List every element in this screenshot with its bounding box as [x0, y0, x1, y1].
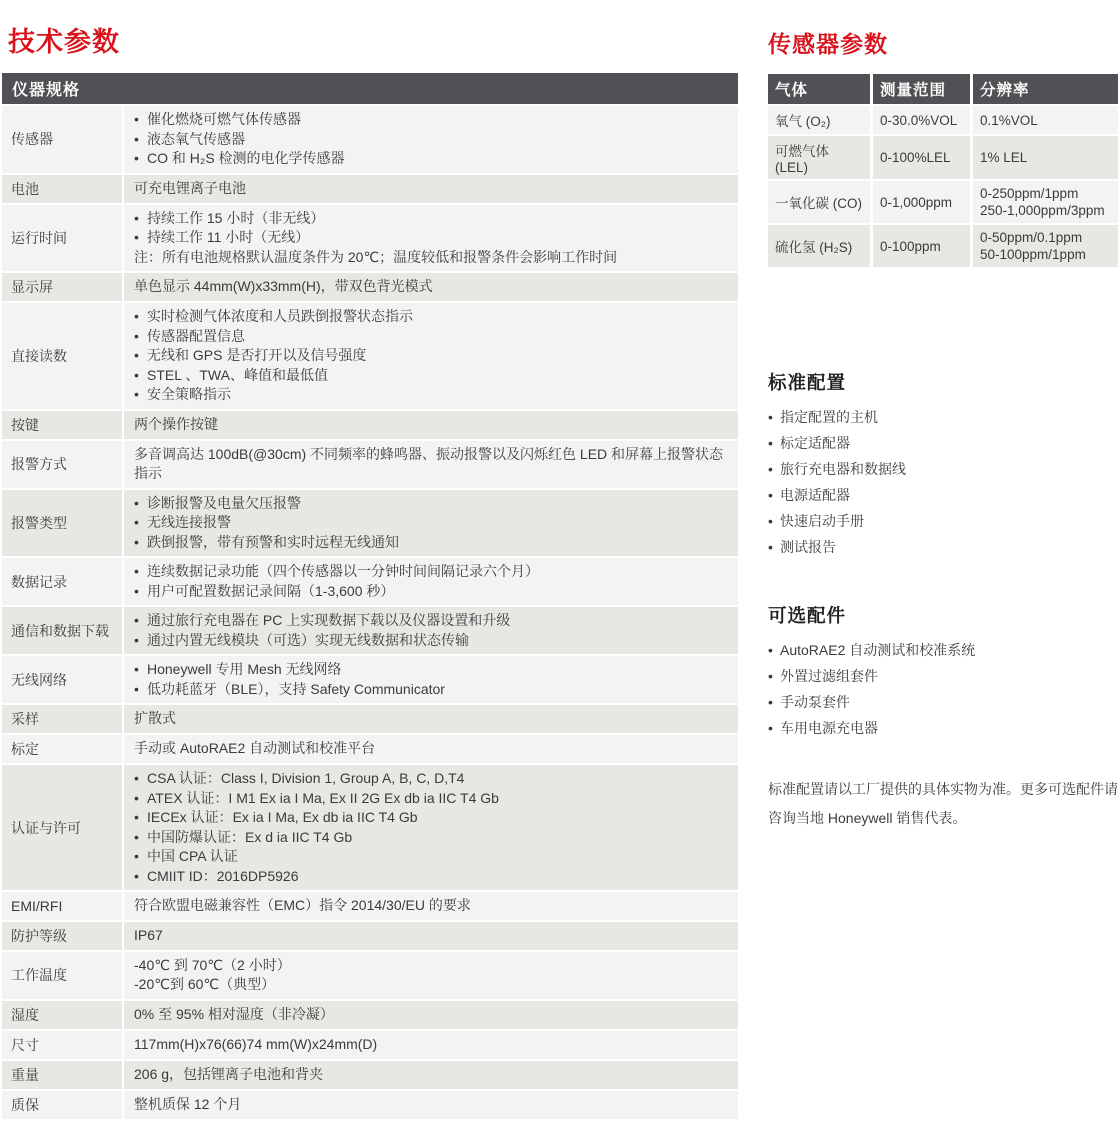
spec-row-label: 通信和数据下载	[2, 607, 122, 654]
spec-line-text: 0% 至 95% 相对湿度（非冷凝）	[134, 1005, 728, 1025]
spec-row-label: 质保	[2, 1091, 122, 1119]
spec-row-label: 湿度	[2, 1001, 122, 1029]
spec-line: 206 g，包括锂离子电池和背夹	[134, 1065, 728, 1085]
sensor-spec-table-grid: 气体测量范围分辨率氧气 (O₂)0-30.0%VOL0.1%VOL可燃气体 (L…	[768, 74, 1120, 267]
bullet-icon: •	[134, 228, 147, 248]
gas-resolution-line: 1% LEL	[980, 149, 1027, 166]
bullet-icon: •	[134, 307, 147, 327]
gas-column-header: 分辨率	[973, 74, 1118, 104]
spec-row-value: -40℃ 到 70℃（2 小时）-20℃到 60℃（典型）	[122, 952, 738, 999]
spec-line: •持续工作 11 小时（无线）	[134, 228, 728, 248]
spec-line: •液态氧气传感器	[134, 130, 728, 150]
spec-row-label: 电池	[2, 175, 122, 203]
list-item-text: 快速启动手册	[780, 508, 864, 534]
spec-line-text: IP67	[134, 926, 728, 946]
spec-row: EMI/RFI符合欧盟电磁兼容性（EMC）指令 2014/30/EU 的要求	[2, 892, 738, 920]
instrument-spec-table-header: 仪器规格	[2, 73, 738, 104]
spec-line: •实时检测气体浓度和人员跌倒报警状态指示	[134, 307, 728, 327]
optional-accessories-list: •AutoRAE2 自动测试和校准系统•外置过滤组套件•手动泵套件•车用电源充电…	[768, 637, 1120, 741]
spec-row-label: 标定	[2, 735, 122, 763]
bullet-icon: •	[768, 715, 780, 741]
spec-row-value: 多音调高达 100dB(@30cm) 不同频率的蜂鸣器、振动报警以及闪烁红色 L…	[122, 441, 738, 488]
spec-row-label: EMI/RFI	[2, 892, 122, 920]
spec-row-label: 报警方式	[2, 441, 122, 488]
bullet-icon: •	[134, 847, 147, 867]
spec-line-text: 无线和 GPS 是否打开以及信号强度	[147, 346, 728, 366]
spec-row: 传感器•催化燃烧可燃气体传感器•液态氧气传感器•CO 和 H₂S 检测的电化学传…	[2, 106, 738, 173]
gas-resolution-line: 0.1%VOL	[980, 112, 1038, 129]
spec-line-text: 实时检测气体浓度和人员跌倒报警状态指示	[147, 307, 728, 327]
spec-line: 手动或 AutoRAE2 自动测试和校准平台	[134, 739, 728, 759]
gas-resolution-line: 50-100ppm/1ppm	[980, 246, 1086, 263]
spec-row: 采样扩散式	[2, 705, 738, 733]
standard-config-title: 标准配置	[768, 369, 1120, 395]
spec-row-value: •持续工作 15 小时（非无线）•持续工作 11 小时（无线）注：所有电池规格默…	[122, 205, 738, 272]
gas-range-cell: 0-100%LEL	[873, 136, 970, 179]
spec-row: 标定手动或 AutoRAE2 自动测试和校准平台	[2, 735, 738, 763]
list-item-text: 手动泵套件	[780, 689, 850, 715]
gas-resolution-line: 0-250ppm/1ppm	[980, 185, 1078, 202]
spec-row-value: •通过旅行充电器在 PC 上实现数据下载以及仪器设置和升级•通过内置无线模块（可…	[122, 607, 738, 654]
bullet-icon: •	[768, 689, 780, 715]
gas-range-cell: 0-30.0%VOL	[873, 106, 970, 134]
list-item-text: 测试报告	[780, 534, 836, 560]
bullet-icon: •	[134, 366, 147, 386]
spec-row-label: 按键	[2, 411, 122, 439]
bullet-icon: •	[134, 533, 147, 553]
spec-row-label: 工作温度	[2, 952, 122, 999]
spec-line-text: 单色显示 44mm(W)x33mm(H)，带双色背光模式	[134, 277, 728, 297]
spec-line-text: CSA 认证：Class I, Division 1, Group A, B, …	[147, 769, 728, 789]
spec-line-text: 催化燃烧可燃气体传感器	[147, 110, 728, 130]
spec-line: IP67	[134, 926, 728, 946]
spec-row: 运行时间•持续工作 15 小时（非无线）•持续工作 11 小时（无线）注：所有电…	[2, 205, 738, 272]
bullet-icon: •	[134, 385, 147, 405]
spec-line-text: 传感器配置信息	[147, 327, 728, 347]
spec-line: 117mm(H)x76(66)74 mm(W)x24mm(D)	[134, 1035, 728, 1055]
spec-line: •通过内置无线模块（可选）实现无线数据和状态传输	[134, 631, 728, 651]
spec-row-value: 可充电锂离子电池	[122, 175, 738, 203]
instrument-spec-table: 仪器规格 传感器•催化燃烧可燃气体传感器•液态氧气传感器•CO 和 H₂S 检测…	[2, 73, 738, 1119]
spec-line: •Honeywell 专用 Mesh 无线网络	[134, 660, 728, 680]
spec-row-label: 数据记录	[2, 558, 122, 605]
spec-line-text: 连续数据记录功能（四个传感器以一分钟时间间隔记录六个月）	[147, 562, 728, 582]
spec-line-text: IECEx 认证：Ex ia I Ma, Ex db ia IIC T4 Gb	[147, 808, 728, 828]
spec-row: 防护等级IP67	[2, 922, 738, 950]
spec-row: 尺寸117mm(H)x76(66)74 mm(W)x24mm(D)	[2, 1031, 738, 1059]
standard-config-item: •旅行充电器和数据线	[768, 456, 1120, 482]
spec-row: 显示屏单色显示 44mm(W)x33mm(H)，带双色背光模式	[2, 273, 738, 301]
spec-row-value: 符合欧盟电磁兼容性（EMC）指令 2014/30/EU 的要求	[122, 892, 738, 920]
spec-line: 可充电锂离子电池	[134, 179, 728, 199]
spec-line: •STEL 、TWA、峰值和最低值	[134, 366, 728, 386]
optional-accessory-item: •手动泵套件	[768, 689, 1120, 715]
bullet-icon: •	[768, 404, 780, 430]
bullet-icon: •	[134, 582, 147, 602]
standard-config-item: •测试报告	[768, 534, 1120, 560]
list-item-text: 外置过滤组套件	[780, 663, 878, 689]
spec-line: •跌倒报警，带有预警和实时远程无线通知	[134, 533, 728, 553]
spec-line: -40℃ 到 70℃（2 小时）	[134, 956, 728, 976]
spec-line-text: 通过内置无线模块（可选）实现无线数据和状态传输	[147, 631, 728, 651]
gas-resolution-line: 0-50ppm/0.1ppm	[980, 229, 1082, 246]
spec-line-text: 无线连接报警	[147, 513, 728, 533]
standard-config-item: •快速启动手册	[768, 508, 1120, 534]
spec-row: 通信和数据下载•通过旅行充电器在 PC 上实现数据下载以及仪器设置和升级•通过内…	[2, 607, 738, 654]
spec-line-text: 117mm(H)x76(66)74 mm(W)x24mm(D)	[134, 1035, 728, 1055]
list-item-text: 旅行充电器和数据线	[780, 456, 906, 482]
spec-line: 两个操作按键	[134, 415, 728, 435]
bullet-icon: •	[768, 456, 780, 482]
spec-line-text: 整机质保 12 个月	[134, 1095, 728, 1115]
spec-row: 数据记录•连续数据记录功能（四个传感器以一分钟时间间隔记录六个月）•用户可配置数…	[2, 558, 738, 605]
spec-line: •IECEx 认证：Ex ia I Ma, Ex db ia IIC T4 Gb	[134, 808, 728, 828]
spec-line: •安全策略指示	[134, 385, 728, 405]
spec-row-label: 认证与许可	[2, 765, 122, 890]
spec-line-text: 多音调高达 100dB(@30cm) 不同频率的蜂鸣器、振动报警以及闪烁红色 L…	[134, 445, 728, 484]
bullet-icon: •	[134, 327, 147, 347]
bullet-icon: •	[134, 789, 147, 809]
standard-config-item: •标定适配器	[768, 430, 1120, 456]
bullet-icon: •	[134, 680, 147, 700]
spec-line-text: 低功耗蓝牙（BLE），支持 Safety Communicator	[147, 680, 728, 700]
bullet-icon: •	[768, 663, 780, 689]
bullet-icon: •	[134, 867, 147, 887]
standard-config-item: •指定配置的主机	[768, 404, 1120, 430]
list-item-text: AutoRAE2 自动测试和校准系统	[780, 637, 975, 663]
spec-line-text: STEL 、TWA、峰值和最低值	[147, 366, 728, 386]
config-note: 标准配置请以工厂提供的具体实物为准。更多可选配件请咨询当地 Honeywell …	[768, 775, 1120, 833]
bullet-icon: •	[134, 631, 147, 651]
spec-line-text: 两个操作按键	[134, 415, 728, 435]
spec-row: 重量206 g，包括锂离子电池和背夹	[2, 1061, 738, 1089]
gas-name-cell: 硫化氢 (H₂S)	[768, 225, 870, 267]
optional-accessory-item: •外置过滤组套件	[768, 663, 1120, 689]
bullet-icon: •	[134, 346, 147, 366]
sensor-spec-table: 气体测量范围分辨率氧气 (O₂)0-30.0%VOL0.1%VOL可燃气体 (L…	[768, 74, 1120, 267]
standard-config-block: 标准配置 •指定配置的主机•标定适配器•旅行充电器和数据线•电源适配器•快速启动…	[768, 369, 1120, 560]
spec-row-label: 显示屏	[2, 273, 122, 301]
spec-row-value: IP67	[122, 922, 738, 950]
gas-column-header: 测量范围	[873, 74, 970, 104]
spec-line-text: 液态氧气传感器	[147, 130, 728, 150]
bullet-icon: •	[768, 637, 780, 663]
gas-range-cell: 0-100ppm	[873, 225, 970, 267]
gas-resolution-cell: 0.1%VOL	[973, 106, 1118, 134]
spec-row: 报警方式多音调高达 100dB(@30cm) 不同频率的蜂鸣器、振动报警以及闪烁…	[2, 441, 738, 488]
spec-row-label: 无线网络	[2, 656, 122, 703]
spec-line-text: 持续工作 11 小时（无线）	[147, 228, 728, 248]
bullet-icon: •	[134, 149, 147, 169]
spec-row-value: •实时检测气体浓度和人员跌倒报警状态指示•传感器配置信息•无线和 GPS 是否打…	[122, 303, 738, 409]
spec-row-label: 传感器	[2, 106, 122, 173]
gas-resolution-line: 250-1,000ppm/3ppm	[980, 202, 1105, 219]
spec-row-value: 整机质保 12 个月	[122, 1091, 738, 1119]
bullet-icon: •	[134, 562, 147, 582]
bullet-icon: •	[134, 494, 147, 514]
spec-line: •CMIIT ID：2016DP5926	[134, 867, 728, 887]
spec-row-label: 直接读数	[2, 303, 122, 409]
gas-resolution-cell: 0-250ppm/1ppm250-1,000ppm/3ppm	[973, 181, 1118, 223]
spec-row-value: 206 g，包括锂离子电池和背夹	[122, 1061, 738, 1089]
optional-accessory-item: •AutoRAE2 自动测试和校准系统	[768, 637, 1120, 663]
spec-line: •ATEX 认证：I M1 Ex ia I Ma, Ex II 2G Ex db…	[134, 789, 728, 809]
spec-line: •无线和 GPS 是否打开以及信号强度	[134, 346, 728, 366]
spec-row: 认证与许可•CSA 认证：Class I, Division 1, Group …	[2, 765, 738, 890]
spec-line-text: 通过旅行充电器在 PC 上实现数据下载以及仪器设置和升级	[147, 611, 728, 631]
spec-line: •中国防爆认证：Ex d ia IIC T4 Gb	[134, 828, 728, 848]
spec-line: •连续数据记录功能（四个传感器以一分钟时间间隔记录六个月）	[134, 562, 728, 582]
spec-line-text: 手动或 AutoRAE2 自动测试和校准平台	[134, 739, 728, 759]
spec-line: 符合欧盟电磁兼容性（EMC）指令 2014/30/EU 的要求	[134, 896, 728, 916]
gas-range-cell: 0-1,000ppm	[873, 181, 970, 223]
optional-accessories-block: 可选配件 •AutoRAE2 自动测试和校准系统•外置过滤组套件•手动泵套件•车…	[768, 602, 1120, 741]
optional-accessories-title: 可选配件	[768, 602, 1120, 628]
sensor-specs-title: 传感器参数	[768, 26, 1120, 59]
optional-accessory-item: •车用电源充电器	[768, 715, 1120, 741]
spec-row-value: 手动或 AutoRAE2 自动测试和校准平台	[122, 735, 738, 763]
sensor-specs-section: 传感器参数 气体测量范围分辨率氧气 (O₂)0-30.0%VOL0.1%VOL可…	[768, 0, 1120, 833]
standard-config-list: •指定配置的主机•标定适配器•旅行充电器和数据线•电源适配器•快速启动手册•测试…	[768, 404, 1120, 560]
bullet-icon: •	[134, 209, 147, 229]
spec-row-value: •连续数据记录功能（四个传感器以一分钟时间间隔记录六个月）•用户可配置数据记录间…	[122, 558, 738, 605]
spec-line-text: 安全策略指示	[147, 385, 728, 405]
gas-column-header: 气体	[768, 74, 870, 104]
spec-row-value: 0% 至 95% 相对湿度（非冷凝）	[122, 1001, 738, 1029]
spec-line-text: 持续工作 15 小时（非无线）	[147, 209, 728, 229]
gas-resolution-cell: 1% LEL	[973, 136, 1118, 179]
spec-line-text: 用户可配置数据记录间隔（1-3,600 秒）	[147, 582, 728, 602]
spec-row-value: •Honeywell 专用 Mesh 无线网络•低功耗蓝牙（BLE），支持 Sa…	[122, 656, 738, 703]
spec-line: •CSA 认证：Class I, Division 1, Group A, B,…	[134, 769, 728, 789]
gas-name-cell: 氧气 (O₂)	[768, 106, 870, 134]
spec-row: 报警类型•诊断报警及电量欠压报警•无线连接报警•跌倒报警，带有预警和实时远程无线…	[2, 490, 738, 557]
spec-row: 质保整机质保 12 个月	[2, 1091, 738, 1119]
technical-specs-title: 技术参数	[8, 20, 738, 59]
bullet-icon: •	[134, 110, 147, 130]
spec-row: 无线网络•Honeywell 专用 Mesh 无线网络•低功耗蓝牙（BLE），支…	[2, 656, 738, 703]
spec-row-value: •催化燃烧可燃气体传感器•液态氧气传感器•CO 和 H₂S 检测的电化学传感器	[122, 106, 738, 173]
spec-line-text: CO 和 H₂S 检测的电化学传感器	[147, 149, 728, 169]
spec-line: •传感器配置信息	[134, 327, 728, 347]
bullet-icon: •	[768, 508, 780, 534]
spec-line: 注：所有电池规格默认温度条件为 20℃；温度较低和报警条件会影响工作时间	[134, 248, 728, 268]
gas-resolution-cell: 0-50ppm/0.1ppm50-100ppm/1ppm	[973, 225, 1118, 267]
spec-line: •催化燃烧可燃气体传感器	[134, 110, 728, 130]
spec-line-text: 中国防爆认证：Ex d ia IIC T4 Gb	[147, 828, 728, 848]
spec-line-text: 206 g，包括锂离子电池和背夹	[134, 1065, 728, 1085]
spec-row-label: 尺寸	[2, 1031, 122, 1059]
standard-config-item: •电源适配器	[768, 482, 1120, 508]
spec-row-value: 117mm(H)x76(66)74 mm(W)x24mm(D)	[122, 1031, 738, 1059]
spec-line: •诊断报警及电量欠压报警	[134, 494, 728, 514]
spec-row-value: •CSA 认证：Class I, Division 1, Group A, B,…	[122, 765, 738, 890]
spec-line-text: Honeywell 专用 Mesh 无线网络	[147, 660, 728, 680]
spec-row: 工作温度-40℃ 到 70℃（2 小时）-20℃到 60℃（典型）	[2, 952, 738, 999]
spec-line-text: CMIIT ID：2016DP5926	[147, 867, 728, 887]
spec-line-text: 扩散式	[134, 709, 728, 729]
bullet-icon: •	[134, 808, 147, 828]
bullet-icon: •	[768, 430, 780, 456]
spec-row-value: •诊断报警及电量欠压报警•无线连接报警•跌倒报警，带有预警和实时远程无线通知	[122, 490, 738, 557]
spec-row: 按键两个操作按键	[2, 411, 738, 439]
spec-line-text: 跌倒报警，带有预警和实时远程无线通知	[147, 533, 728, 553]
spec-line-text: 中国 CPA 认证	[147, 847, 728, 867]
spec-line: •无线连接报警	[134, 513, 728, 533]
spec-row: 直接读数•实时检测气体浓度和人员跌倒报警状态指示•传感器配置信息•无线和 GPS…	[2, 303, 738, 409]
spec-line: •用户可配置数据记录间隔（1-3,600 秒）	[134, 582, 728, 602]
spec-row-label: 重量	[2, 1061, 122, 1089]
bullet-icon: •	[134, 130, 147, 150]
spec-line: 多音调高达 100dB(@30cm) 不同频率的蜂鸣器、振动报警以及闪烁红色 L…	[134, 445, 728, 484]
spec-line: 整机质保 12 个月	[134, 1095, 728, 1115]
spec-line: •持续工作 15 小时（非无线）	[134, 209, 728, 229]
spec-line-text: 诊断报警及电量欠压报警	[147, 494, 728, 514]
bullet-icon: •	[134, 513, 147, 533]
bullet-icon: •	[768, 482, 780, 508]
list-item-text: 指定配置的主机	[780, 404, 878, 430]
spec-row-label: 采样	[2, 705, 122, 733]
list-item-text: 车用电源充电器	[780, 715, 878, 741]
spec-row-value: 单色显示 44mm(W)x33mm(H)，带双色背光模式	[122, 273, 738, 301]
spec-row-value: 扩散式	[122, 705, 738, 733]
spec-row-label: 报警类型	[2, 490, 122, 557]
spec-line-text: 符合欧盟电磁兼容性（EMC）指令 2014/30/EU 的要求	[134, 896, 728, 916]
spec-line: 0% 至 95% 相对湿度（非冷凝）	[134, 1005, 728, 1025]
spec-line: •CO 和 H₂S 检测的电化学传感器	[134, 149, 728, 169]
spec-line: •低功耗蓝牙（BLE），支持 Safety Communicator	[134, 680, 728, 700]
spec-line: -20℃到 60℃（典型）	[134, 975, 728, 995]
technical-specs-section: 技术参数 仪器规格 传感器•催化燃烧可燃气体传感器•液态氧气传感器•CO 和 H…	[2, 0, 738, 1121]
spec-row: 湿度0% 至 95% 相对湿度（非冷凝）	[2, 1001, 738, 1029]
spec-line-text: ATEX 认证：I M1 Ex ia I Ma, Ex II 2G Ex db …	[147, 789, 728, 809]
spec-row-label: 防护等级	[2, 922, 122, 950]
gas-name-cell: 一氧化碳 (CO)	[768, 181, 870, 223]
spec-row-value: 两个操作按键	[122, 411, 738, 439]
gas-name-cell: 可燃气体 (LEL)	[768, 136, 870, 179]
spec-line: •中国 CPA 认证	[134, 847, 728, 867]
spec-line-text: 注：所有电池规格默认温度条件为 20℃；温度较低和报警条件会影响工作时间	[134, 248, 728, 268]
list-item-text: 电源适配器	[780, 482, 850, 508]
spec-row-label: 运行时间	[2, 205, 122, 272]
bullet-icon: •	[768, 534, 780, 560]
spec-line-text: -20℃到 60℃（典型）	[134, 975, 728, 995]
spec-line-text: 可充电锂离子电池	[134, 179, 728, 199]
spec-line: 扩散式	[134, 709, 728, 729]
spec-line: 单色显示 44mm(W)x33mm(H)，带双色背光模式	[134, 277, 728, 297]
spec-row: 电池可充电锂离子电池	[2, 175, 738, 203]
spec-line-text: -40℃ 到 70℃（2 小时）	[134, 956, 728, 976]
bullet-icon: •	[134, 660, 147, 680]
list-item-text: 标定适配器	[780, 430, 850, 456]
instrument-spec-table-body: 传感器•催化燃烧可燃气体传感器•液态氧气传感器•CO 和 H₂S 检测的电化学传…	[2, 106, 738, 1119]
bullet-icon: •	[134, 769, 147, 789]
spec-line: •通过旅行充电器在 PC 上实现数据下载以及仪器设置和升级	[134, 611, 728, 631]
bullet-icon: •	[134, 828, 147, 848]
bullet-icon: •	[134, 611, 147, 631]
